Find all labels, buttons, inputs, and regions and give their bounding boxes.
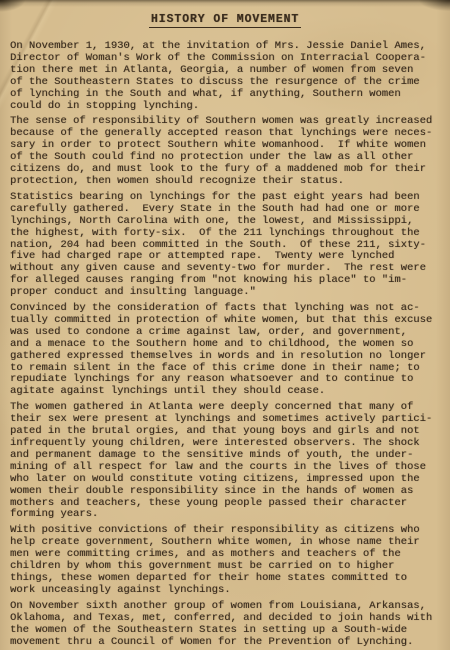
document-body: On November 1, 1930, at the invitation o… [10, 41, 438, 650]
paragraph-7: On November sixth another group of women… [10, 601, 438, 649]
document-title: HISTORY OF MOVEMENT [149, 13, 301, 28]
title-row: HISTORY OF MOVEMENT [0, 9, 450, 28]
paragraph-1: On November 1, 1930, at the invitation o… [10, 41, 438, 112]
paragraph-6: With positive convictions of their respo… [10, 525, 438, 596]
scanned-document-page: HISTORY OF MOVEMENT On November 1, 1930,… [0, 0, 450, 650]
paragraph-2: The sense of responsibility of Southern … [10, 116, 438, 187]
paragraph-4: Convinced by the consideration of facts … [10, 303, 438, 398]
paragraph-3: Statistics bearing on lynchings for the … [10, 192, 438, 299]
paragraph-5: The women gathered in Atlanta were deepl… [10, 402, 438, 521]
